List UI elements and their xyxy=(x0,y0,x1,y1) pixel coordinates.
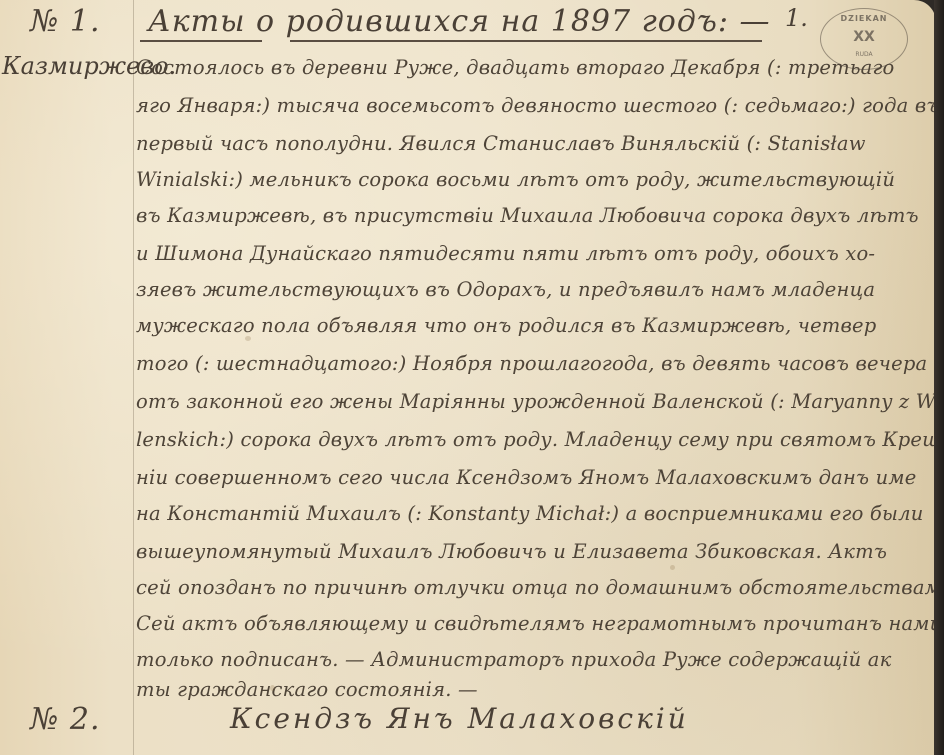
stamp-middle-text: XX xyxy=(821,29,907,45)
entry-number-2: № 2. xyxy=(30,702,101,737)
text-line: мужескаго пола объявляя что онъ родился … xyxy=(136,314,876,337)
title-underline xyxy=(140,40,262,42)
text-line: Winialski:) мельникъ сорока восьми лѣтъ … xyxy=(136,168,895,191)
text-line: на Константій Михаилъ (: Konstanty Micha… xyxy=(136,502,923,525)
text-line: первый часъ пополудни. Явился Станиславъ… xyxy=(136,132,866,155)
paper-stain xyxy=(270,685,275,691)
priest-signature: Ксендзъ Янъ Малаховскій xyxy=(230,702,689,735)
document-page: № 1. Акты о родившихся на 1897 годъ: — 1… xyxy=(0,0,936,755)
text-line: яго Января:) тысяча восемьсотъ девяносто… xyxy=(136,94,940,117)
folio-number: 1. xyxy=(785,4,808,32)
text-line: сей опозданъ по причинѣ отлучки отца по … xyxy=(136,576,944,599)
text-line: ніи совершенномъ сего числа Ксендзомъ Ян… xyxy=(136,466,916,489)
text-line: въ Казмиржевѣ, въ присутствіи Михаила Лю… xyxy=(136,204,919,227)
book-edge xyxy=(934,0,944,755)
text-line: только подписанъ. — Администраторъ прихо… xyxy=(136,648,891,671)
paper-stain xyxy=(245,336,251,341)
title-underline xyxy=(290,40,762,42)
text-line: Состоялось въ деревни Руже, двадцать вто… xyxy=(136,56,894,79)
paper-stain xyxy=(670,565,675,570)
stamp-top-text: DZIEKAN xyxy=(821,14,907,23)
page-title: Акты о родившихся на 1897 годъ: — xyxy=(148,4,771,39)
entry-number-1: № 1. xyxy=(30,4,101,39)
text-line: ты гражданскаго состоянія. — xyxy=(136,678,478,701)
text-line: того (: шестнадцатого:) Ноября прошлагог… xyxy=(136,352,927,375)
text-line: и Шимона Дунайскаго пятидесяти пяти лѣтъ… xyxy=(136,242,875,265)
text-line: отъ законной его жены Маріянны урожденно… xyxy=(136,390,944,413)
text-line: Сей актъ объявляющему и свидѣтелямъ негр… xyxy=(136,612,942,635)
text-line: lenskich:) сорока двухъ лѣтъ отъ роду. М… xyxy=(136,428,944,451)
text-line: зяевъ жительствующихъ въ Одорахъ, и пред… xyxy=(136,278,875,301)
margin-rule xyxy=(133,0,134,755)
text-line: вышеупомянутый Михаилъ Любовичъ и Елизав… xyxy=(136,540,887,563)
